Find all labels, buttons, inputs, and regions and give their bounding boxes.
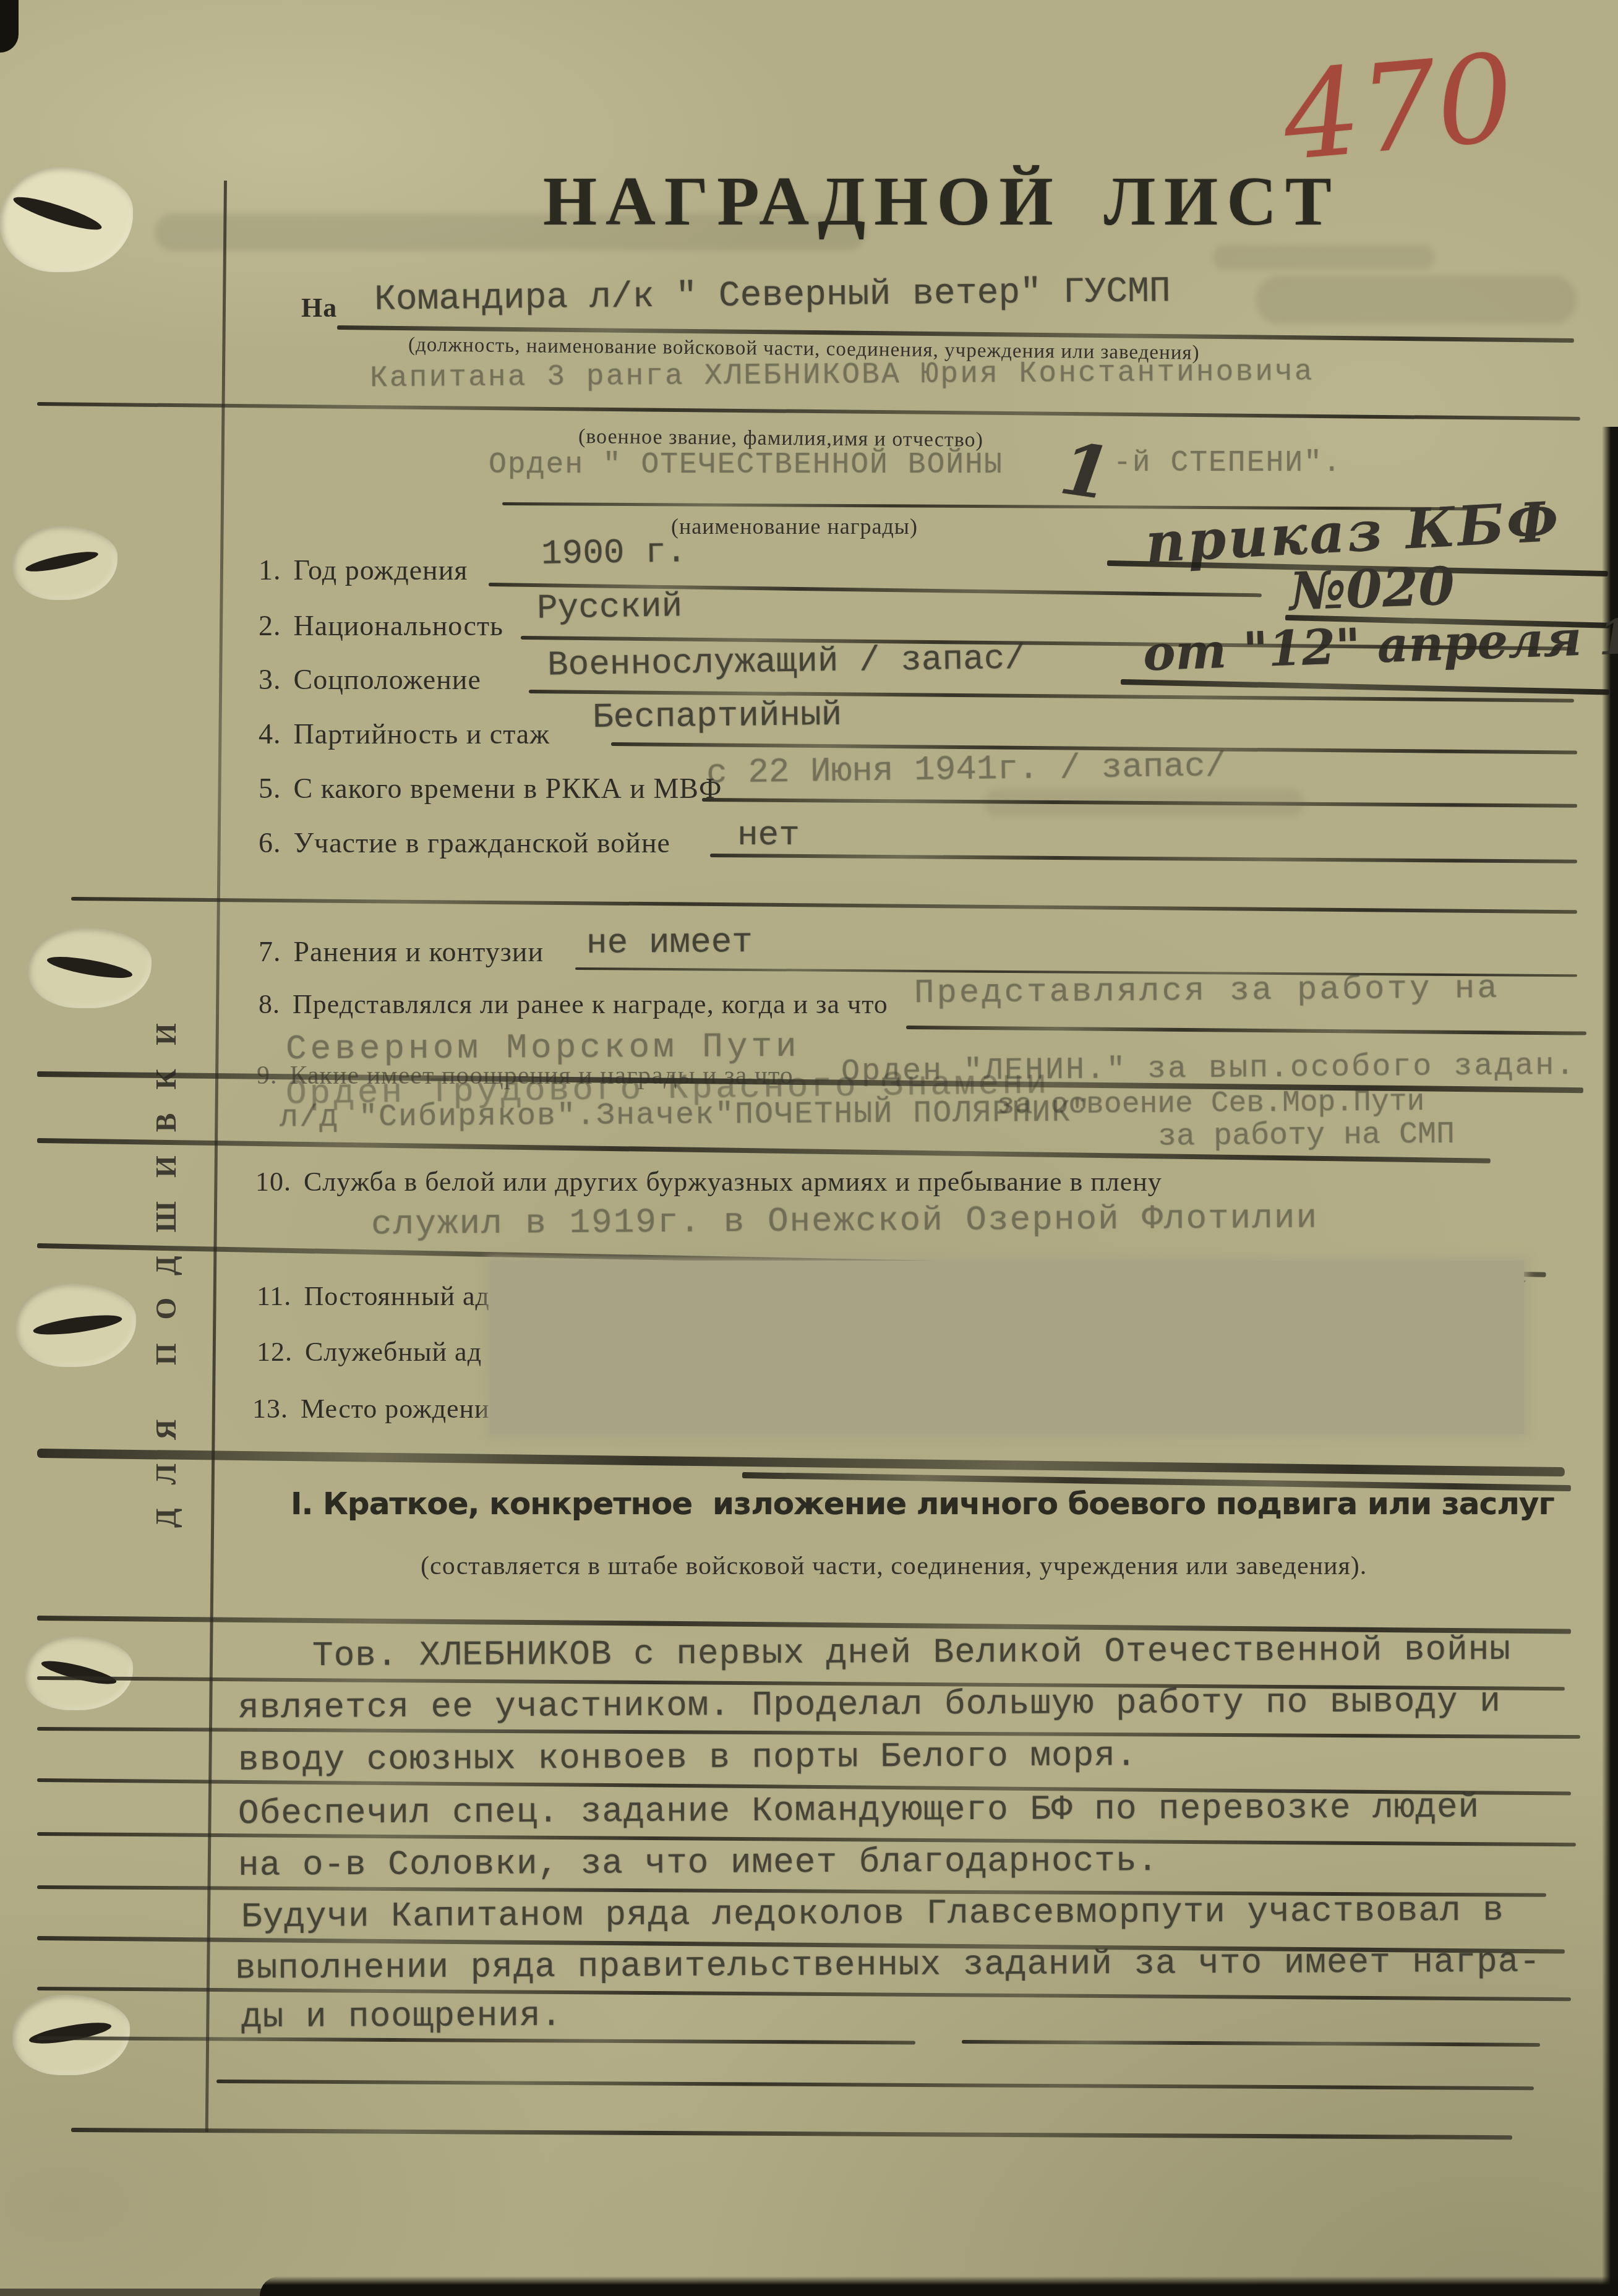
ruled-line — [37, 402, 1580, 421]
field-value: Военнослужащий / запас/ — [547, 639, 1026, 685]
field-label: 1.Год рождения — [259, 554, 468, 586]
field-number: 11. — [257, 1281, 291, 1311]
redaction-block — [490, 1261, 1524, 1434]
field-value: служил в 1919г. в Онежской Озерной Флоти… — [371, 1198, 1318, 1244]
field-number: 3. — [259, 664, 281, 695]
award-value-prefix: Орден " ОТЕЧЕСТВЕННОЙ ВОЙНЫ — [489, 448, 1003, 482]
field-number: 13. — [252, 1394, 288, 1424]
body-line: ды и поощрения. — [241, 1996, 562, 2037]
field-label: 8.Представлялся ли ранее к награде, когд… — [259, 988, 888, 1020]
body-line: является ее участником. Проделал большую… — [238, 1682, 1501, 1728]
section-heading: I. Краткое, конкретное изложение личного… — [291, 1486, 1554, 1522]
ruled-line — [216, 2080, 1534, 2090]
field-label: 4.Партийность и стаж — [259, 717, 550, 750]
field-label: 3.Соцположение — [259, 663, 481, 696]
pencil-underline — [1121, 679, 1609, 695]
ruled-line — [71, 897, 1577, 914]
order-annotation-line2: №020 — [1288, 555, 1455, 622]
field-label: 5.С какого времени в РККА и МВФ — [259, 772, 722, 805]
field-value: нет — [737, 815, 800, 855]
ruled-line — [71, 2128, 1512, 2140]
body-line: Будучи Капитаном ряда ледоколов Главсевм… — [241, 1891, 1504, 1937]
field-label: 2.Национальность — [259, 609, 503, 642]
field-label: 11.Постоянный адре — [257, 1280, 516, 1312]
field-label: 12.Служебный ад — [257, 1336, 482, 1368]
scan-corner-topleft — [0, 0, 19, 53]
page-title: НАГРАДНОЙ ЛИСТ — [543, 162, 1340, 242]
field-label: 6.Участие в гражданской войне — [259, 826, 670, 859]
ruled-line — [37, 2036, 915, 2044]
field-value: Беспартийный — [593, 695, 842, 737]
field-number: 5. — [259, 773, 281, 804]
scan-edge-right — [1602, 427, 1618, 2296]
field-number: 7. — [259, 936, 281, 967]
field-number: 1. — [259, 554, 281, 586]
field-value: Русский — [537, 586, 683, 628]
ink-smudge — [1256, 275, 1577, 325]
award-sheet-scan: ДЛЯ ПОДШИВКИ 470 НАГРАДНОЙ ЛИСТ На Коман… — [0, 0, 1618, 2296]
field-value: с 22 Июня 1941г. / запас/ — [706, 746, 1226, 793]
margin-note-vertical: ДЛЯ ПОДШИВКИ — [150, 823, 182, 1528]
award-value-suffix: -й СТЕПЕНИ". — [1113, 447, 1342, 480]
body-line: на о-в Соловки, за что имеет благодарнос… — [238, 1841, 1158, 1885]
award-degree-handwritten: 1 — [1055, 427, 1116, 516]
field-label: 10.Служба в белой или других буржуазных … — [255, 1166, 1162, 1197]
field-value-smp: за работу на СМП — [1158, 1117, 1455, 1155]
field-label: 7.Ранения и контузии — [259, 935, 544, 968]
body-line: Тов. ХЛЕБНИКОВ с первых дней Великой Оте… — [312, 1630, 1511, 1676]
field-number: 6. — [259, 827, 281, 859]
ruled-line-thick — [37, 1449, 1565, 1476]
field-value: 1900 г. — [541, 532, 687, 573]
field-value-sevmorput: за освоение Сев.Мор.Пути — [997, 1086, 1425, 1123]
field-number: 9. — [257, 1061, 278, 1090]
award-caption: (наименование награды) — [671, 513, 918, 539]
body-line: выполнении ряда правительственных задани… — [235, 1942, 1541, 1988]
field-value: Представлялся за работу на — [914, 970, 1500, 1013]
na-label: На — [301, 292, 337, 323]
field-number: 10. — [255, 1167, 291, 1197]
ruled-line — [962, 2040, 1540, 2047]
scan-edge-bottom-left — [0, 2289, 285, 2296]
field-number: 4. — [259, 718, 281, 750]
form-left-border — [205, 181, 227, 2132]
rank-name-value: Капитана 3 ранга ХЛЕБНИКОВА Юрия Констан… — [370, 356, 1314, 396]
field-value: не имеет — [586, 922, 753, 963]
field-number: 12. — [257, 1337, 293, 1367]
ruled-line — [710, 854, 1577, 863]
field-number: 8. — [259, 989, 280, 1019]
body-line: вводу союзных конвоев в порты Белого мор… — [238, 1736, 1137, 1780]
field-number: 2. — [259, 610, 281, 641]
body-line: Обеспечил спец. задание Командующего БФ … — [238, 1788, 1479, 1834]
scan-edge-bottom — [260, 2276, 1618, 2296]
section-caption: (составляется в штабе войсковой части, с… — [421, 1551, 1367, 1581]
field-label: 13.Место рождения: — [252, 1393, 511, 1424]
field-value-sibiryakov: л/д "Сибиряков".Значек"ПОЧЕТНЫЙ ПОЛЯРНИК… — [280, 1095, 1092, 1136]
ruled-line — [906, 1026, 1586, 1035]
position-value: Командира л/к " Северный ветер" ГУСМП — [374, 272, 1171, 320]
ink-smudge — [1212, 244, 1435, 270]
